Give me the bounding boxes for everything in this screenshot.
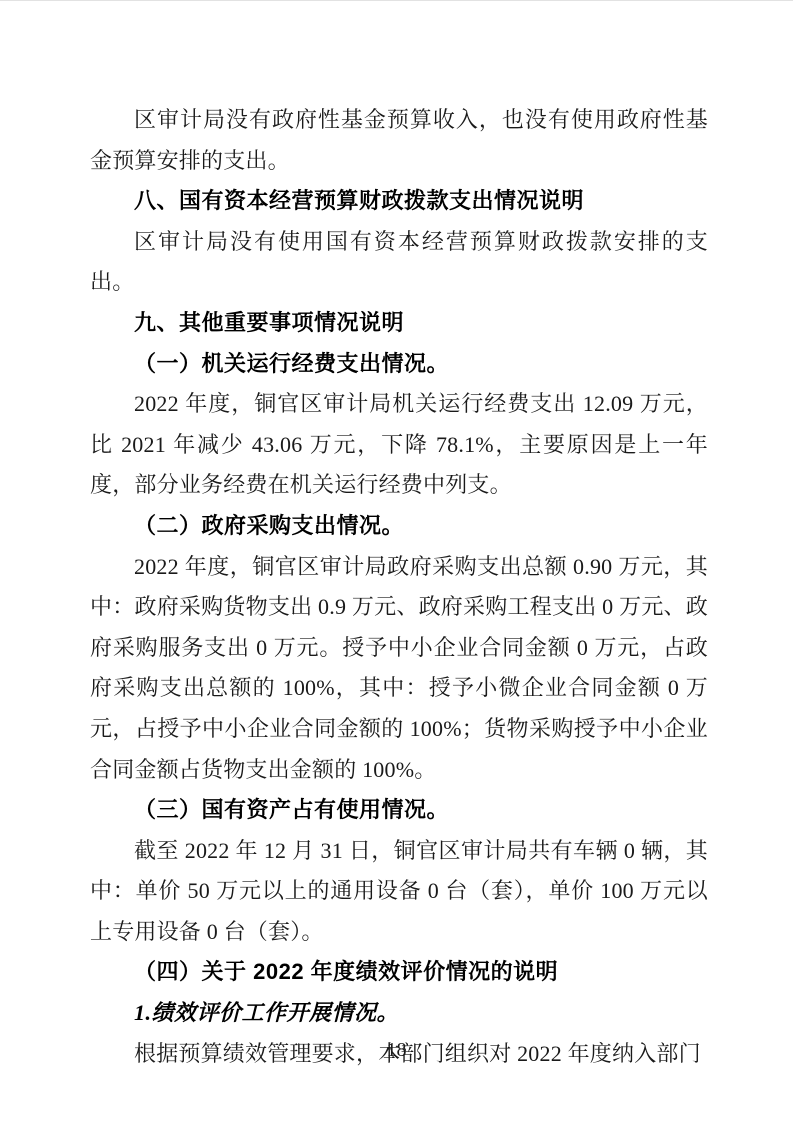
paragraph-state-capital: 区审计局没有使用国有资本经营预算财政拨款安排的支出。 [90, 222, 708, 303]
heading-section-9-other-matters: 九、其他重要事项情况说明 [90, 303, 708, 344]
paragraph-gov-fund-budget: 区审计局没有政府性基金预算收入，也没有使用政府性基金预算安排的支出。 [90, 100, 708, 181]
heading-9-4-performance-evaluation: （四）关于 2022 年度绩效评价情况的说明 [90, 952, 708, 993]
paragraph-state-assets: 截至 2022 年 12 月 31 日，铜官区审计局共有车辆 0 辆，其中：单价… [90, 831, 708, 953]
page-number: 18 [0, 1037, 793, 1063]
document-page: 区审计局没有政府性基金预算收入，也没有使用政府性基金预算安排的支出。 八、国有资… [0, 0, 793, 1123]
heading-9-3-state-assets: （三）国有资产占有使用情况。 [90, 790, 708, 831]
paragraph-operating-expense: 2022 年度，铜官区审计局机关运行经费支出 12.09 万元，比 2021 年… [90, 384, 708, 506]
heading-9-2-gov-procurement: （二）政府采购支出情况。 [90, 506, 708, 547]
heading-section-8-state-capital: 八、国有资本经营预算财政拨款支出情况说明 [90, 181, 708, 222]
page-content: 区审计局没有政府性基金预算收入，也没有使用政府性基金预算安排的支出。 八、国有资… [90, 100, 708, 1074]
paragraph-gov-procurement: 2022 年度，铜官区审计局政府采购支出总额 0.90 万元，其中：政府采购货物… [90, 547, 708, 791]
subheading-performance-evaluation-work: 1.绩效评价工作开展情况。 [90, 993, 708, 1034]
heading-9-1-operating-expense: （一）机关运行经费支出情况。 [90, 344, 708, 385]
